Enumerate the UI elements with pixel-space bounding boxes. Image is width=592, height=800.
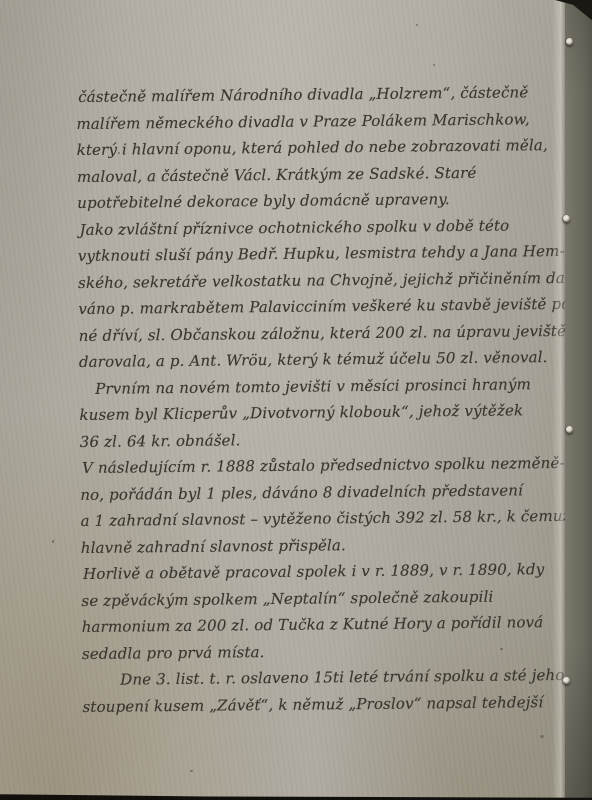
paper-speck: [416, 24, 418, 26]
paper-speck: [433, 64, 435, 66]
manuscript-line: a 1 zahradní slavnost – vytěženo čistých…: [80, 503, 556, 534]
manuscript-line: harmonium za 200 zl. od Tučka z Kutné Ho…: [82, 609, 558, 640]
stitch-dot: [563, 215, 570, 222]
manuscript-photo: částečně malířem Národního divadla „Holz…: [0, 0, 592, 800]
manuscript-line: kusem byl Klicperův „Divotvorný klobouk“…: [79, 397, 555, 428]
stitch-dot: [566, 426, 573, 433]
stitch-dot: [566, 38, 573, 45]
manuscript-line: který i hlavní oponu, která pohled do ne…: [77, 132, 553, 163]
paper-stain: [540, 735, 544, 738]
stitch-dot: [563, 677, 570, 684]
manuscript-text: částečně malířem Národního divadla „Holz…: [76, 79, 559, 720]
manuscript-line: stoupení kusem „Závěť“, k němuž „Proslov…: [82, 688, 558, 719]
paper-speck: [52, 540, 54, 543]
paper-speck: [190, 770, 193, 772]
